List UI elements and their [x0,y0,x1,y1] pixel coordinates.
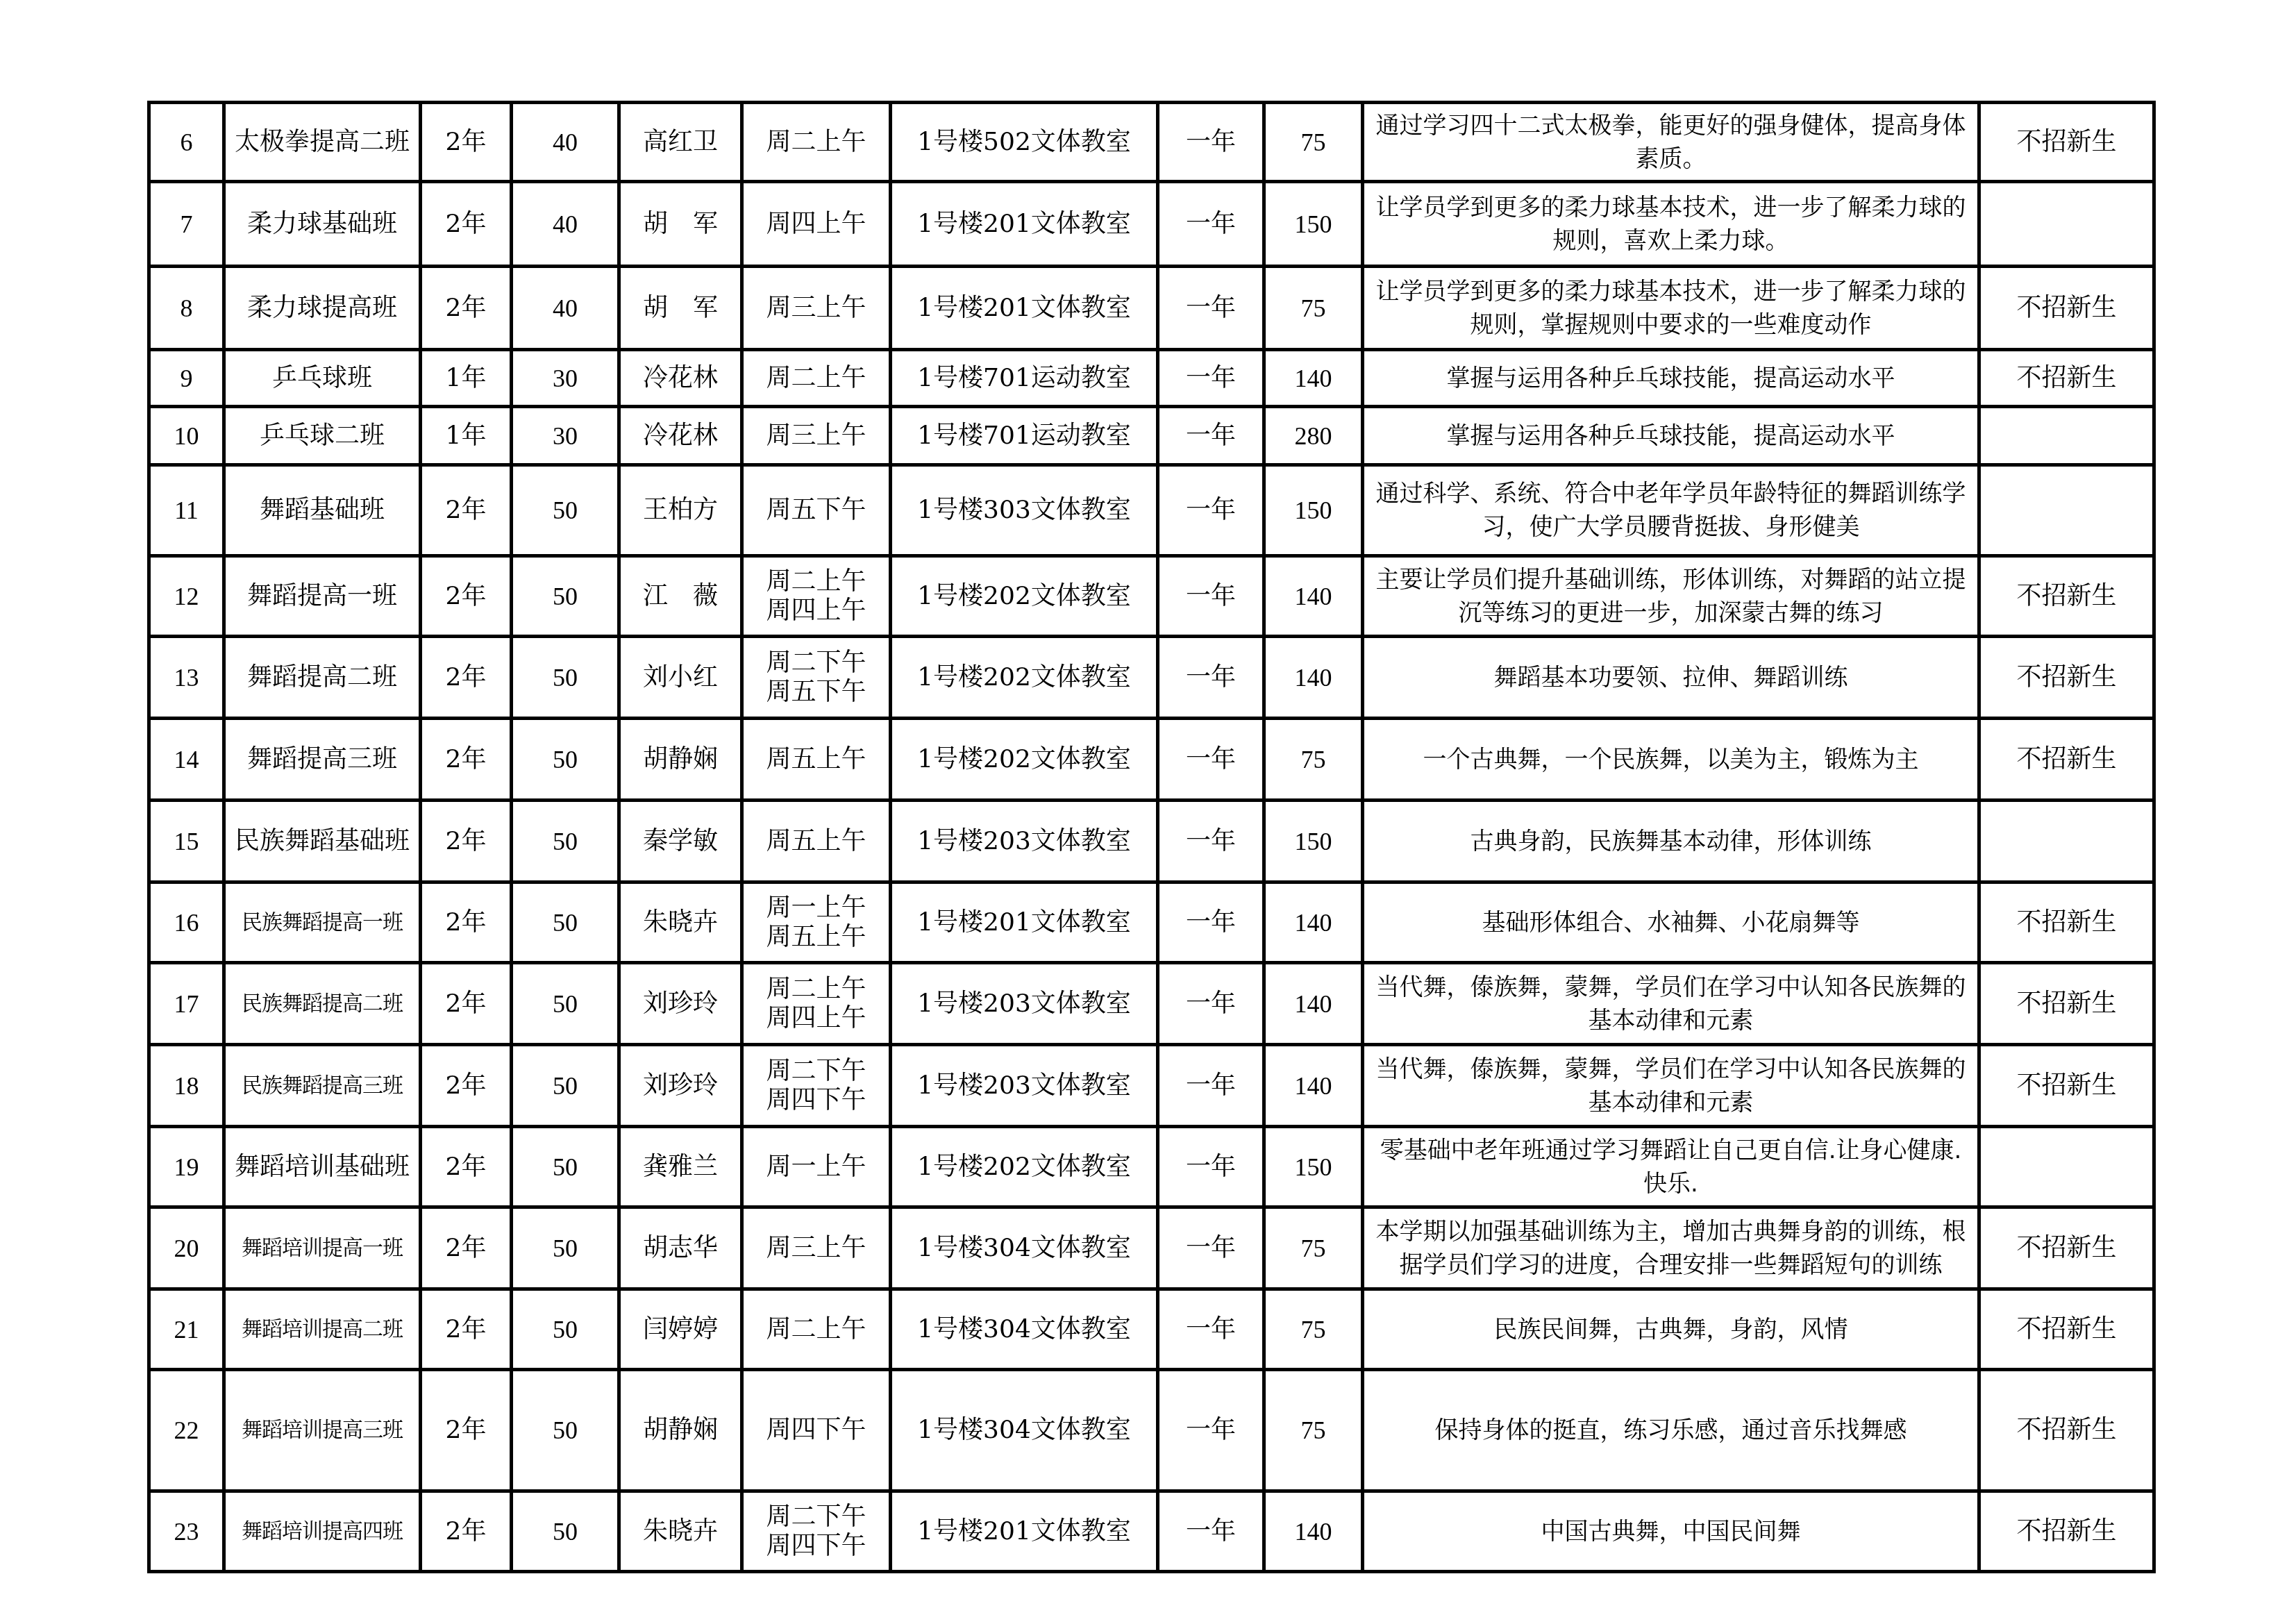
description-cell: 古典身韵，民族舞基本动律，形体训练 [1363,801,1979,882]
course-name-cell: 舞蹈提高三班 [224,719,421,801]
schedule-slot: 周一上午 [748,894,885,923]
row-number-cell: 17 [149,963,224,1045]
fee-cell: 75 [1264,1370,1363,1491]
row-number-cell: 22 [149,1370,224,1491]
schedule-slot: 周二下午 [748,1502,885,1532]
classroom-cell: 1号楼304文体教室 [891,1370,1158,1491]
enrollment-note-cell [1979,465,2154,556]
table-row: 21 舞蹈培训提高二班 2年 50 闫婷婷 周二上午 1号楼304文体教室 一年… [149,1289,2154,1370]
fee-cell: 150 [1264,801,1363,882]
enrollment-note-cell: 不招新生 [1979,556,2154,637]
term-cell: 2年 [421,963,512,1045]
schedule-cell: 周一上午 [742,1127,891,1207]
duration-cell: 一年 [1158,407,1264,465]
schedule-cell: 周三上午 [742,1207,891,1289]
teacher-cell: 闫婷婷 [619,1289,742,1370]
row-number-cell: 20 [149,1207,224,1289]
row-number-cell: 7 [149,182,224,267]
term-cell: 2年 [421,182,512,267]
teacher-cell: 胡静娴 [619,1370,742,1491]
course-schedule-table: 6 太极拳提高二班 2年 40 高红卫 周二上午 1号楼502文体教室 一年 7… [147,101,2156,1573]
classroom-cell: 1号楼202文体教室 [891,556,1158,637]
description-cell: 一个古典舞，一个民族舞，以美为主，锻炼为主 [1363,719,1979,801]
table-row: 9 乒乓球班 1年 30 冷花林 周二上午 1号楼701运动教室 一年 140 … [149,350,2154,407]
table-row: 17 民族舞蹈提高二班 2年 50 刘珍玲 周二上午周四上午 1号楼203文体教… [149,963,2154,1045]
description-cell: 中国古典舞，中国民间舞 [1363,1491,1979,1572]
table-row: 6 太极拳提高二班 2年 40 高红卫 周二上午 1号楼502文体教室 一年 7… [149,103,2154,182]
duration-cell: 一年 [1158,465,1264,556]
fee-cell: 140 [1264,350,1363,407]
capacity-cell: 30 [512,350,619,407]
row-number-cell: 13 [149,637,224,719]
schedule-cell: 周五上午 [742,719,891,801]
fee-cell: 140 [1264,556,1363,637]
capacity-cell: 50 [512,1045,619,1127]
schedule-slot: 周四上午 [748,210,885,239]
capacity-cell: 50 [512,637,619,719]
schedule-slot: 周二上午 [748,128,885,157]
classroom-cell: 1号楼701运动教室 [891,350,1158,407]
schedule-slot: 周五上午 [748,827,885,856]
course-name-cell: 舞蹈基础班 [224,465,421,556]
duration-cell: 一年 [1158,350,1264,407]
fee-cell: 140 [1264,1491,1363,1572]
classroom-cell: 1号楼304文体教室 [891,1289,1158,1370]
capacity-cell: 50 [512,1289,619,1370]
schedule-cell: 周一上午周五上午 [742,882,891,963]
fee-cell: 150 [1264,465,1363,556]
course-name-cell: 乒乓球二班 [224,407,421,465]
teacher-cell: 胡志华 [619,1207,742,1289]
schedule-cell: 周二上午 [742,103,891,182]
term-cell: 2年 [421,882,512,963]
course-name-cell: 舞蹈培训基础班 [224,1127,421,1207]
fee-cell: 150 [1264,182,1363,267]
duration-cell: 一年 [1158,1370,1264,1491]
course-name-cell: 舞蹈培训提高四班 [224,1491,421,1572]
schedule-slot: 周四上午 [748,1004,885,1033]
fee-cell: 140 [1264,637,1363,719]
table-row: 19 舞蹈培训基础班 2年 50 龚雅兰 周一上午 1号楼202文体教室 一年 … [149,1127,2154,1207]
description-cell: 舞蹈基本功要领、拉伸、舞蹈训练 [1363,637,1979,719]
table-row: 23 舞蹈培训提高四班 2年 50 朱晓卉 周二下午周四下午 1号楼201文体教… [149,1491,2154,1572]
classroom-cell: 1号楼201文体教室 [891,182,1158,267]
duration-cell: 一年 [1158,801,1264,882]
capacity-cell: 50 [512,1491,619,1572]
duration-cell: 一年 [1158,556,1264,637]
description-cell: 让学员学到更多的柔力球基本技术，进一步了解柔力球的规则，掌握规则中要求的一些难度… [1363,267,1979,350]
duration-cell: 一年 [1158,182,1264,267]
teacher-cell: 刘珍玲 [619,1045,742,1127]
term-cell: 2年 [421,719,512,801]
teacher-cell: 胡静娴 [619,719,742,801]
table-row: 16 民族舞蹈提高一班 2年 50 朱晓卉 周一上午周五上午 1号楼201文体教… [149,882,2154,963]
enrollment-note-cell: 不招新生 [1979,1207,2154,1289]
capacity-cell: 50 [512,1370,619,1491]
fee-cell: 140 [1264,1045,1363,1127]
row-number-cell: 14 [149,719,224,801]
row-number-cell: 11 [149,465,224,556]
description-cell: 保持身体的挺直，练习乐感，通过音乐找舞感 [1363,1370,1979,1491]
teacher-cell: 高红卫 [619,103,742,182]
schedule-slot: 周一上午 [748,1153,885,1182]
classroom-cell: 1号楼203文体教室 [891,963,1158,1045]
duration-cell: 一年 [1158,1491,1264,1572]
course-name-cell: 舞蹈培训提高三班 [224,1370,421,1491]
schedule-slot: 周二下午 [748,1057,885,1086]
schedule-slot: 周二上午 [748,975,885,1004]
description-cell: 民族民间舞，古典舞，身韵，风情 [1363,1289,1979,1370]
row-number-cell: 12 [149,556,224,637]
duration-cell: 一年 [1158,963,1264,1045]
enrollment-note-cell: 不招新生 [1979,350,2154,407]
enrollment-note-cell [1979,801,2154,882]
classroom-cell: 1号楼202文体教室 [891,637,1158,719]
schedule-cell: 周三上午 [742,407,891,465]
teacher-cell: 龚雅兰 [619,1127,742,1207]
description-cell: 掌握与运用各种乒乓球技能，提高运动水平 [1363,407,1979,465]
classroom-cell: 1号楼304文体教室 [891,1207,1158,1289]
duration-cell: 一年 [1158,1045,1264,1127]
term-cell: 2年 [421,1045,512,1127]
term-cell: 2年 [421,465,512,556]
course-name-cell: 民族舞蹈提高一班 [224,882,421,963]
table-row: 10 乒乓球二班 1年 30 冷花林 周三上午 1号楼701运动教室 一年 28… [149,407,2154,465]
course-name-cell: 民族舞蹈提高三班 [224,1045,421,1127]
enrollment-note-cell: 不招新生 [1979,963,2154,1045]
course-name-cell: 柔力球基础班 [224,182,421,267]
schedule-cell: 周二上午 [742,1289,891,1370]
term-cell: 2年 [421,1289,512,1370]
fee-cell: 140 [1264,882,1363,963]
term-cell: 2年 [421,103,512,182]
schedule-cell: 周二下午周四下午 [742,1045,891,1127]
table-row: 20 舞蹈培训提高一班 2年 50 胡志华 周三上午 1号楼304文体教室 一年… [149,1207,2154,1289]
schedule-slot: 周五下午 [748,678,885,707]
term-cell: 2年 [421,1370,512,1491]
course-name-cell: 民族舞蹈提高二班 [224,963,421,1045]
duration-cell: 一年 [1158,103,1264,182]
row-number-cell: 16 [149,882,224,963]
teacher-cell: 胡 军 [619,267,742,350]
course-name-cell: 民族舞蹈基础班 [224,801,421,882]
schedule-slot: 周三上午 [748,421,885,451]
capacity-cell: 40 [512,103,619,182]
schedule-cell: 周五下午 [742,465,891,556]
schedule-cell: 周二下午周四下午 [742,1491,891,1572]
description-cell: 掌握与运用各种乒乓球技能，提高运动水平 [1363,350,1979,407]
schedule-slot: 周四上午 [748,596,885,626]
classroom-cell: 1号楼701运动教室 [891,407,1158,465]
capacity-cell: 30 [512,407,619,465]
row-number-cell: 15 [149,801,224,882]
term-cell: 2年 [421,1207,512,1289]
enrollment-note-cell: 不招新生 [1979,1370,2154,1491]
enrollment-note-cell: 不招新生 [1979,1045,2154,1127]
duration-cell: 一年 [1158,637,1264,719]
term-cell: 2年 [421,267,512,350]
teacher-cell: 刘小红 [619,637,742,719]
classroom-cell: 1号楼203文体教室 [891,1045,1158,1127]
duration-cell: 一年 [1158,1207,1264,1289]
enrollment-note-cell: 不招新生 [1979,719,2154,801]
enrollment-note-cell: 不招新生 [1979,1491,2154,1572]
row-number-cell: 19 [149,1127,224,1207]
schedule-slot: 周五上午 [748,745,885,774]
duration-cell: 一年 [1158,1289,1264,1370]
term-cell: 2年 [421,801,512,882]
schedule-cell: 周四上午 [742,182,891,267]
classroom-cell: 1号楼201文体教室 [891,1491,1158,1572]
table-row: 12 舞蹈提高一班 2年 50 江 薇 周二上午周四上午 1号楼202文体教室 … [149,556,2154,637]
teacher-cell: 王柏方 [619,465,742,556]
table-row: 22 舞蹈培训提高三班 2年 50 胡静娴 周四下午 1号楼304文体教室 一年… [149,1370,2154,1491]
term-cell: 2年 [421,637,512,719]
course-name-cell: 舞蹈提高二班 [224,637,421,719]
schedule-cell: 周二上午周四上午 [742,556,891,637]
fee-cell: 75 [1264,719,1363,801]
description-cell: 主要让学员们提升基础训练，形体训练，对舞蹈的站立提沉等练习的更进一步，加深蒙古舞… [1363,556,1979,637]
description-cell: 基础形体组合、水袖舞、小花扇舞等 [1363,882,1979,963]
capacity-cell: 50 [512,719,619,801]
table-row: 11 舞蹈基础班 2年 50 王柏方 周五下午 1号楼303文体教室 一年 15… [149,465,2154,556]
term-cell: 1年 [421,350,512,407]
row-number-cell: 23 [149,1491,224,1572]
classroom-cell: 1号楼202文体教室 [891,719,1158,801]
course-name-cell: 舞蹈提高一班 [224,556,421,637]
enrollment-note-cell: 不招新生 [1979,103,2154,182]
teacher-cell: 秦学敏 [619,801,742,882]
schedule-slot: 周二上午 [748,364,885,393]
duration-cell: 一年 [1158,1127,1264,1207]
enrollment-note-cell [1979,1127,2154,1207]
course-name-cell: 太极拳提高二班 [224,103,421,182]
enrollment-note-cell: 不招新生 [1979,637,2154,719]
schedule-cell: 周五上午 [742,801,891,882]
duration-cell: 一年 [1158,882,1264,963]
schedule-slot: 周二上午 [748,567,885,596]
capacity-cell: 50 [512,1127,619,1207]
schedule-cell: 周四下午 [742,1370,891,1491]
classroom-cell: 1号楼303文体教室 [891,465,1158,556]
row-number-cell: 21 [149,1289,224,1370]
course-name-cell: 乒乓球班 [224,350,421,407]
row-number-cell: 10 [149,407,224,465]
capacity-cell: 50 [512,556,619,637]
fee-cell: 280 [1264,407,1363,465]
capacity-cell: 40 [512,182,619,267]
schedule-cell: 周二下午周五下午 [742,637,891,719]
enrollment-note-cell: 不招新生 [1979,882,2154,963]
teacher-cell: 胡 军 [619,182,742,267]
schedule-slot: 周四下午 [748,1086,885,1115]
fee-cell: 150 [1264,1127,1363,1207]
description-cell: 让学员学到更多的柔力球基本技术，进一步了解柔力球的规则，喜欢上柔力球。 [1363,182,1979,267]
teacher-cell: 冷花林 [619,350,742,407]
duration-cell: 一年 [1158,267,1264,350]
teacher-cell: 冷花林 [619,407,742,465]
classroom-cell: 1号楼203文体教室 [891,801,1158,882]
fee-cell: 75 [1264,103,1363,182]
row-number-cell: 8 [149,267,224,350]
capacity-cell: 50 [512,963,619,1045]
schedule-slot: 周四下午 [748,1416,885,1445]
description-cell: 通过科学、系统、符合中老年学员年龄特征的舞蹈训练学习，使广大学员腰背挺拔、身形健… [1363,465,1979,556]
row-number-cell: 6 [149,103,224,182]
schedule-slot: 周二下午 [748,648,885,678]
classroom-cell: 1号楼201文体教室 [891,267,1158,350]
classroom-cell: 1号楼201文体教室 [891,882,1158,963]
table-row: 14 舞蹈提高三班 2年 50 胡静娴 周五上午 1号楼202文体教室 一年 7… [149,719,2154,801]
schedule-cell: 周三上午 [742,267,891,350]
capacity-cell: 50 [512,801,619,882]
description-cell: 当代舞，傣族舞，蒙舞，学员们在学习中认知各民族舞的基本动律和元素 [1363,963,1979,1045]
capacity-cell: 40 [512,267,619,350]
classroom-cell: 1号楼502文体教室 [891,103,1158,182]
row-number-cell: 18 [149,1045,224,1127]
capacity-cell: 50 [512,465,619,556]
row-number-cell: 9 [149,350,224,407]
term-cell: 2年 [421,1491,512,1572]
schedule-slot: 周三上午 [748,294,885,323]
course-name-cell: 舞蹈培训提高二班 [224,1289,421,1370]
enrollment-note-cell [1979,182,2154,267]
schedule-cell: 周二上午 [742,350,891,407]
table-row: 8 柔力球提高班 2年 40 胡 军 周三上午 1号楼201文体教室 一年 75… [149,267,2154,350]
schedule-slot: 周四下午 [748,1532,885,1561]
description-cell: 零基础中老年班通过学习舞蹈让自己更自信.让身心健康.快乐. [1363,1127,1979,1207]
term-cell: 2年 [421,556,512,637]
teacher-cell: 江 薇 [619,556,742,637]
enrollment-note-cell: 不招新生 [1979,1289,2154,1370]
schedule-slot: 周五上午 [748,923,885,952]
table-row: 7 柔力球基础班 2年 40 胡 军 周四上午 1号楼201文体教室 一年 15… [149,182,2154,267]
fee-cell: 75 [1264,267,1363,350]
description-cell: 通过学习四十二式太极拳，能更好的强身健体，提高身体素质。 [1363,103,1979,182]
table-row: 18 民族舞蹈提高三班 2年 50 刘珍玲 周二下午周四下午 1号楼203文体教… [149,1045,2154,1127]
teacher-cell: 朱晓卉 [619,1491,742,1572]
fee-cell: 75 [1264,1207,1363,1289]
description-cell: 本学期以加强基础训练为主，增加古典舞身韵的训练，根据学员们学习的进度，合理安排一… [1363,1207,1979,1289]
enrollment-note-cell [1979,407,2154,465]
capacity-cell: 50 [512,1207,619,1289]
schedule-slot: 周三上午 [748,1234,885,1263]
fee-cell: 140 [1264,963,1363,1045]
course-name-cell: 柔力球提高班 [224,267,421,350]
enrollment-note-cell: 不招新生 [1979,267,2154,350]
teacher-cell: 朱晓卉 [619,882,742,963]
term-cell: 2年 [421,1127,512,1207]
capacity-cell: 50 [512,882,619,963]
term-cell: 1年 [421,407,512,465]
course-name-cell: 舞蹈培训提高一班 [224,1207,421,1289]
duration-cell: 一年 [1158,719,1264,801]
table-row: 13 舞蹈提高二班 2年 50 刘小红 周二下午周五下午 1号楼202文体教室 … [149,637,2154,719]
schedule-cell: 周二上午周四上午 [742,963,891,1045]
description-cell: 当代舞，傣族舞，蒙舞，学员们在学习中认知各民族舞的基本动律和元素 [1363,1045,1979,1127]
table-row: 15 民族舞蹈基础班 2年 50 秦学敏 周五上午 1号楼203文体教室 一年 … [149,801,2154,882]
schedule-slot: 周二上午 [748,1315,885,1344]
schedule-slot: 周五下午 [748,496,885,525]
fee-cell: 75 [1264,1289,1363,1370]
classroom-cell: 1号楼202文体教室 [891,1127,1158,1207]
teacher-cell: 刘珍玲 [619,963,742,1045]
